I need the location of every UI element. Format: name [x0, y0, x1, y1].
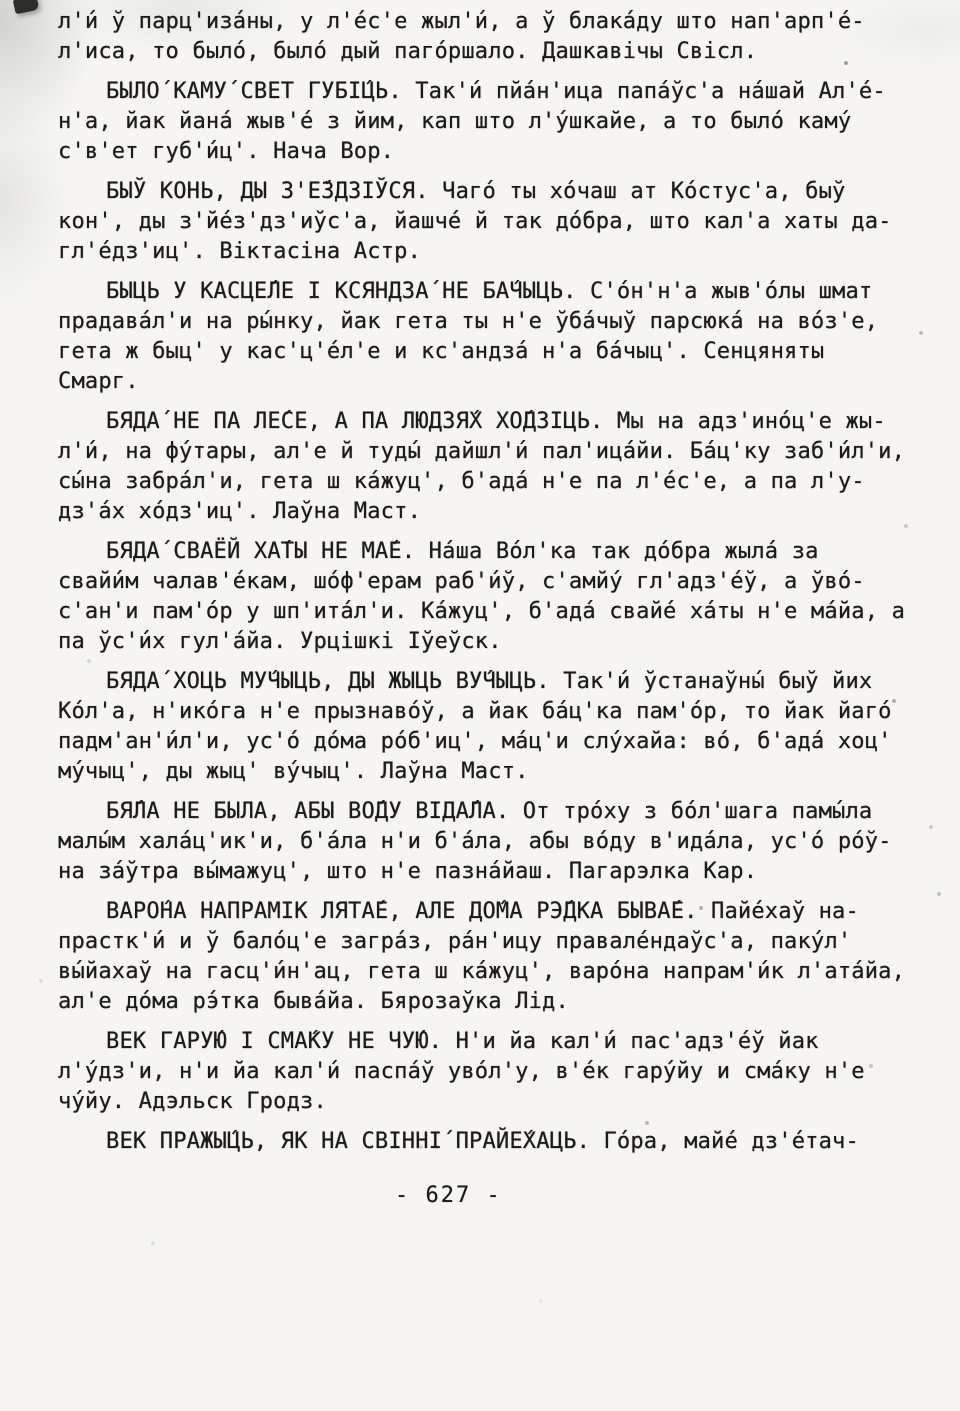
text-line: л'у́дз'и, н'и йа кал'и́ паспа́ў уво́л'у,… [58, 1057, 930, 1087]
text-line: БЯДА́ СВАЁЙ ХА́ТЫ НЕ МА́Е. На́ша Во́л'ка… [58, 537, 930, 567]
text-line: БЫЎ КОНЬ, ДЫ З'Е́ЗДЗІЎСЯ. Чаго́ ты хо́ча… [58, 177, 930, 207]
paragraph: БЯДА́ СВАЁЙ ХА́ТЫ НЕ МА́Е. На́ша Во́л'ка… [58, 537, 930, 657]
text-line: падм'ан'и́л'и, ус'о́ до́ма ро́б'иц', ма́… [58, 727, 930, 757]
text-line: с'в'ет губ'и́ц'. Нача Вор. [58, 137, 930, 167]
scan-artifact-specks [0, 0, 2, 2]
text-line: БЯ́ЛА НЕ БЫЛА, АБЫ ВО́ДУ ВІДА́ЛА. От тро… [58, 797, 930, 827]
text-line: л'и́, на фу́тары, ал'е й туды́ дайшл'и́ … [58, 437, 930, 467]
paragraph: БЫЎ КОНЬ, ДЫ З'Е́ЗДЗІЎСЯ. Чаго́ ты хо́ча… [58, 177, 930, 267]
paragraph: БЫЛО́ КАМУ́ СВЕТ ГУБІ́ЦЬ. Так'и́ пйа́н'и… [58, 77, 930, 167]
text-line: малы́м хала́ц'ик'и, б'а́ла н'и б'а́ла, а… [58, 827, 930, 857]
text-line: чу́йу. Адэльск Гродз. [58, 1087, 930, 1117]
text-line: БЫЛО́ КАМУ́ СВЕТ ГУБІ́ЦЬ. Так'и́ пйа́н'и… [58, 77, 930, 107]
text-line: с'ан'и пам'о́р у шп'ита́л'и. Ка́жуц', б'… [58, 597, 930, 627]
text-line: дз'а́х хо́дз'иц'. Лаўна Маст. [58, 497, 930, 527]
paragraph: БЯ́ЛА НЕ БЫЛА, АБЫ ВО́ДУ ВІДА́ЛА. От тро… [58, 797, 930, 887]
page-number: - 627 - [58, 1181, 930, 1211]
text-line: гета ж быц' у кас'ц'е́л'е и кс'андза́ н'… [58, 337, 930, 367]
text-line: ал'е до́ма рэ́тка быва́йа. Бярозаўка Лід… [58, 987, 930, 1017]
paragraph: л'и́ ў парц'иза́ны, у л'е́с'е жыл'и́, а … [58, 7, 930, 67]
text-line: му́чыц', ды жыц' ву́чыц'. Лаўна Маст. [58, 757, 930, 787]
text-line: ВЕК ПРАЖЫ́ЦЬ, ЯК НА СВІННІ́ ПРАЙЕ́ХАЦЬ. … [58, 1127, 930, 1157]
paragraph: БЫЦЬ У КАСЦЕ́ЛЕ І КСЯНДЗА́ НЕ БА́ЧЫЦЬ. С… [58, 277, 930, 397]
text-line: кон', ды з'йе́з'дз'иўс'а, йашче́ й так д… [58, 207, 930, 237]
text-line: ВАРО́НА НАПРАМІК ЛЯТА́Е, АЛЕ ДО́МА РЭ́ДК… [58, 897, 930, 927]
scan-artifact-corner-blob [13, 0, 40, 14]
text-line: сы́на забра́л'и, гета ш ка́жуц', б'ада́ … [58, 467, 930, 497]
text-line: вы́йахаў на гасц'и́н'ац, гета ш ка́жуц',… [58, 957, 930, 987]
text-line: Ко́л'а, н'ико́га н'е прызнаво́ў, а йак б… [58, 697, 930, 727]
paragraph: ВАРО́НА НАПРАМІК ЛЯТА́Е, АЛЕ ДО́МА РЭ́ДК… [58, 897, 930, 1017]
text-line: л'и́ ў парц'иза́ны, у л'е́с'е жыл'и́, а … [58, 7, 930, 37]
text-block: л'и́ ў парц'иза́ны, у л'е́с'е жыл'и́, а … [58, 7, 930, 1211]
paragraph: БЯДА́ НЕ ПА ЛЕ́СЕ, А ПА ЛЮДЗЯ́Х ХО́ДЗІЦЬ… [58, 407, 930, 527]
text-line: Смарг. [58, 367, 930, 397]
text-line: на за́ўтра вы́мажуц', што н'е пазна́йаш.… [58, 857, 930, 887]
text-line: л'иса, то было́, было́ дый паго́ршало. Д… [58, 37, 930, 67]
paragraph: БЯДА́ ХОЦЬ МУ́ЧЫЦЬ, ДЫ ЖЫЦЬ ВУ́ЧЫЦЬ. Так… [58, 667, 930, 787]
text-line: па ўс'и́х гул'а́йа. Урцішкі Іўеўск. [58, 627, 930, 657]
text-line: н'а, йак йана́ жыв'е́ з йим, кап што л'у… [58, 107, 930, 137]
paragraph: ВЕК ГАРУ́Ю І СМА́КУ НЕ ЧУ́Ю. Н'и йа кал'… [58, 1027, 930, 1117]
text-line: БЫЦЬ У КАСЦЕ́ЛЕ І КСЯНДЗА́ НЕ БА́ЧЫЦЬ. С… [58, 277, 930, 307]
text-line: свайи́м чалав'е́кам, шо́ф'ерам раб'и́ў, … [58, 567, 930, 597]
text-line: ВЕК ГАРУ́Ю І СМА́КУ НЕ ЧУ́Ю. Н'и йа кал'… [58, 1027, 930, 1057]
text-line: БЯДА́ НЕ ПА ЛЕ́СЕ, А ПА ЛЮДЗЯ́Х ХО́ДЗІЦЬ… [58, 407, 930, 437]
text-line: гл'е́дз'иц'. Віктасіна Астр. [58, 237, 930, 267]
scanned-page: л'и́ ў парц'иза́ны, у л'е́с'е жыл'и́, а … [0, 0, 960, 1411]
text-line: БЯДА́ ХОЦЬ МУ́ЧЫЦЬ, ДЫ ЖЫЦЬ ВУ́ЧЫЦЬ. Так… [58, 667, 930, 697]
paragraph: ВЕК ПРАЖЫ́ЦЬ, ЯК НА СВІННІ́ ПРАЙЕ́ХАЦЬ. … [58, 1127, 930, 1157]
text-line: прастк'и́ и ў бало́ц'е загра́з, ра́н'ицу… [58, 927, 930, 957]
text-line: прадава́л'и на ры́нку, йак гета ты н'е ў… [58, 307, 930, 337]
